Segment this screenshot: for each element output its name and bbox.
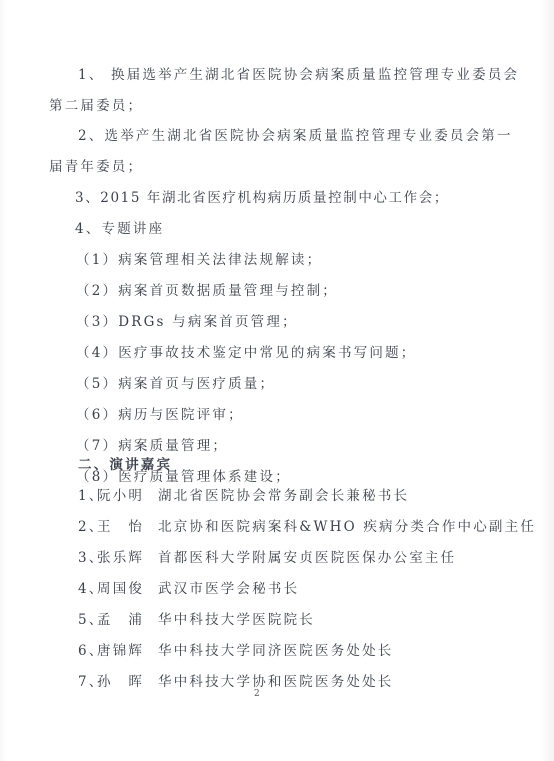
guest-name: 唐锦辉 [97,642,144,660]
guests-heading: 二、演讲嘉宾 [78,456,172,474]
lecture-item-1: （1）病案管理相关法律法规解读； [76,251,322,269]
guest-title: 武汉市医学会秘书长 [158,580,299,598]
guest-title: 北京协和医院病案科&WHO 疾病分类合作中心副主任 [158,518,536,536]
document-page: 1、 换届选举产生湖北省医院协会病案质量监控管理专业委员会 第二届委员； 2、选… [0,0,554,761]
lecture-item-2: （2）病案首页数据质量管理与控制； [76,282,338,300]
agenda-item-2-continued: 届青年委员； [49,158,143,176]
guest-name: 孙 晖 [97,673,144,691]
guest-name: 张乐辉 [97,549,144,567]
page-number: 2 [254,689,260,699]
agenda-item-1-continued: 第二届委员； [49,97,143,115]
lecture-item-7: （7）病案质量管理； [76,437,228,455]
guest-name: 阮小明 [97,487,144,505]
guest-title: 湖北省医院协会常务副会长兼秘书长 [158,487,409,505]
lecture-item-5: （5）病案首页与医疗质量； [76,375,275,393]
guest-title: 华中科技大学协和医院医务处处长 [158,673,394,691]
agenda-item-1: 1、 换届选举产生湖北省医院协会病案质量监控管理专业委员会 [78,66,519,84]
guest-title: 首都医科大学附属安贞医院医保办公室主任 [158,549,456,567]
agenda-item-4: 4、专题讲座 [75,220,164,238]
lecture-item-3: （3）DRGs 与病案首页管理； [76,313,298,331]
guest-name: 王 怡 [97,518,144,536]
agenda-item-2: 2、选举产生湖北省医院协会病案质量监控管理专业委员会第一 [78,127,513,145]
guest-name: 孟 浦 [97,611,144,629]
guest-title: 华中科技大学同济医院医务处处长 [158,642,394,660]
lecture-item-4: （4）医疗事故技术鉴定中常见的病案书写问题； [76,344,417,362]
guest-title: 华中科技大学医院院长 [158,611,315,629]
lecture-item-6: （6）病历与医院评审； [76,406,244,424]
agenda-item-3: 3、2015 年湖北省医疗机构病历质量控制中心工作会； [75,189,449,207]
guest-name: 周国俊 [97,580,144,598]
